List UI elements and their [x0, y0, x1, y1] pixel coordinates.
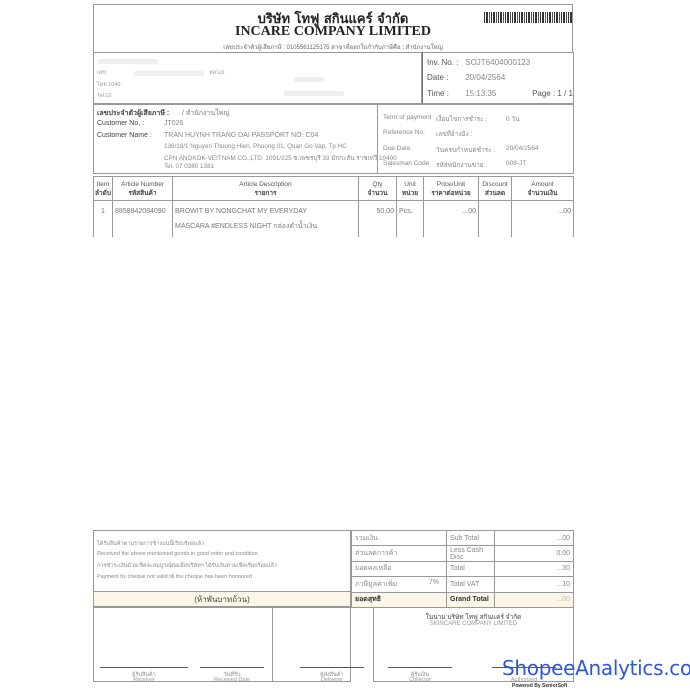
invoice-time-row: Time : 15:13:35 Page : 1 / 1	[427, 89, 573, 98]
note-cheque-thai: การชำระเงินด้วยเช็คจะสมบูรณ์ต่อเมื่อบริษ…	[97, 562, 277, 570]
company-tax-line: เลขประจำตัวผู้เสียภาษี : 0105561125175 ส…	[94, 42, 572, 52]
received-date-label: Received Date	[200, 677, 264, 683]
subtotal-label: Sub Total	[447, 531, 495, 546]
col-article-description: Article Descriptionรายการ	[172, 177, 358, 201]
note-received-english: Received the above mentioned goods in go…	[97, 551, 259, 557]
article-description: BROWIT BY NONGCHAT MY EVERYDAYMASCARA #E…	[172, 201, 358, 238]
notes-section: ได้รับสินค้าตามรายการข้างบนนี้เรียบร้อยแ…	[93, 530, 351, 592]
customer-number-label: Customer No. :	[97, 120, 144, 127]
subtotal-label-thai: รวมเงิน	[352, 531, 447, 546]
customer-name-label: Customer Name :	[97, 132, 152, 139]
customer-address-block: เลข หลวง1 ไทย 1040 Tel.02	[93, 52, 422, 104]
received-date-line	[200, 667, 264, 668]
deliverer-label: Deliverer	[300, 677, 364, 683]
subtotal-row: รวมเงิน Sub Total ...00	[352, 531, 574, 546]
totals-table: รวมเงิน Sub Total ...00 ส่วนลดการค้า Les…	[351, 530, 574, 607]
grand-total-label: Grand Total	[447, 592, 495, 607]
total-row: ยอดคงเหลือ Total ...30	[352, 561, 574, 576]
collector-label: Collector	[388, 677, 452, 683]
vat-amount: ...10	[495, 577, 574, 592]
redacted-line	[284, 91, 344, 96]
address-line-4: Tel.02	[97, 93, 112, 99]
cash-discount-label-thai: ส่วนลดการค้า	[352, 546, 447, 561]
cash-discount-label: Less Cash Disc	[447, 546, 495, 561]
invoice-header: บริษัท โทฟู สกินแคร์ จำกัด INCARE COMPAN…	[93, 4, 573, 52]
customer-address-1: 136/18/1 Nguyen Thuong Hien, Phuong 01, …	[164, 143, 347, 150]
customer-number: JT026	[164, 120, 183, 127]
note-received-thai: ได้รับสินค้าตามรายการข้างบนนี้เรียบร้อยแ…	[97, 540, 204, 548]
on-behalf-english: SKINCARE COMPANY LIMITED	[374, 621, 573, 627]
divider	[272, 608, 273, 681]
receiver-signature-line	[100, 667, 188, 668]
unit: Pcs.	[396, 201, 423, 238]
table-row: 1 8858842084090 BROWIT BY NONGCHAT MY EV…	[94, 201, 574, 238]
tax-id-label: เลขประจำตัวผู้เสียภาษี :	[97, 108, 169, 119]
customer-tel: Tel. 07 0380 1381	[164, 163, 214, 170]
term-label-thai: เงื่อนไขการชำระ :	[436, 114, 487, 124]
receiver-label: Receiver	[100, 677, 188, 683]
amount-in-words: (ห้าพันบาทถ้วน)	[93, 591, 351, 607]
barcode-icon	[484, 12, 572, 23]
redacted-line	[98, 59, 158, 64]
salesman-code-value: 008-JT	[506, 160, 526, 167]
powered-by: Powered By SeniorSoft	[512, 683, 567, 689]
invoice-date-label: Date :	[427, 73, 463, 82]
quantity: 50.00	[358, 201, 396, 238]
total-label-thai: ยอดคงเหลือ	[352, 561, 447, 576]
subtotal-amount: ...00	[495, 531, 574, 546]
term-value: 0 วัน	[506, 114, 520, 124]
col-price-unit: Price/Unitราคาต่อหน่วย	[423, 177, 478, 201]
vat-rate: 7%	[429, 579, 439, 586]
invoice-number: SOJT6404000123	[465, 58, 530, 67]
vat-row: ภาษีมูลค่าเพิ่ม7% Total VAT ...10	[352, 577, 574, 592]
col-discount: Discountส่วนลด	[478, 177, 511, 201]
invoice-date-row: Date : 20/04/2564	[427, 73, 505, 82]
invoice-time-label: Time :	[427, 89, 463, 98]
customer-name: TRAN HUYNH TRANG DAI PASSPORT NO: C04	[164, 132, 318, 139]
vat-label-thai: ภาษีมูลค่าเพิ่ม7%	[352, 577, 447, 592]
address-line-2-prefix: เลข	[97, 69, 106, 77]
signature-section-left: ผู้รับสินค้า Receiver วันที่รับ Received…	[93, 607, 351, 682]
redacted-line	[294, 77, 324, 82]
items-table: Itemลำดับ Article Numberรหัสสินค้า Artic…	[93, 176, 574, 236]
vat-label: Total VAT	[447, 577, 495, 592]
reference-label: Reference No.	[383, 129, 425, 136]
cash-discount-amount: 0.00	[495, 546, 574, 561]
reference-label-thai: เลขที่อ้างอิง :	[436, 129, 472, 139]
item-number: 1	[94, 201, 113, 238]
invoice-number-label: Inv. No. :	[427, 58, 463, 67]
col-article-number: Article Numberรหัสสินค้า	[112, 177, 172, 201]
invoice-date: 20/04/2564	[465, 73, 505, 82]
col-qty: Qtyจำนวน	[358, 177, 396, 201]
col-amount: Amountจำนวนเงิน	[511, 177, 573, 201]
discount	[478, 201, 511, 238]
grand-total-amount: ...00	[495, 592, 574, 607]
customer-section: เลขประจำตัวผู้เสียภาษี : / สำนักงานใหญ่ …	[93, 104, 574, 174]
grand-total-label-thai: ยอดสุทธิ	[352, 592, 447, 607]
cash-discount-row: ส่วนลดการค้า Less Cash Disc 0.00	[352, 546, 574, 561]
watermark: ShopeeAnalytics.com	[502, 656, 690, 680]
tax-id-value: / สำนักงานใหญ่	[182, 108, 229, 119]
deliverer-signature-line	[300, 667, 364, 668]
col-unit: Unitหน่วย	[396, 177, 423, 201]
due-date-label: Due Date	[383, 145, 410, 152]
salesman-code-label-thai: รหัสพนักงานขาย :	[436, 160, 487, 170]
invoice-number-row: Inv. No. : SOJT6404000123	[427, 58, 530, 67]
company-name-english: INCARE COMPANY LIMITED	[94, 24, 572, 40]
total-amount: ...30	[495, 561, 574, 576]
note-cheque-english: Payment by cheque not valid till the che…	[97, 574, 252, 580]
price-unit: ...00	[423, 201, 478, 238]
items-table-header: Itemลำดับ Article Numberรหัสสินค้า Artic…	[94, 177, 574, 201]
amount: ...00	[511, 201, 573, 238]
article-number: 8858842084090	[112, 201, 172, 238]
col-item: Itemลำดับ	[94, 177, 113, 201]
redacted-line	[134, 71, 204, 76]
invoice-time: 15:13:35	[465, 89, 496, 98]
invoice-info-box: Inv. No. : SOJT6404000123 Date : 20/04/2…	[422, 52, 574, 104]
address-line-2-suffix: หลวง1	[209, 69, 225, 77]
page-indicator: Page : 1 / 1	[532, 89, 573, 98]
due-date-label-thai: วันครบกำหนดชำระ :	[436, 145, 495, 155]
address-line-3: ไทย 1040	[97, 81, 120, 89]
collector-signature-line	[388, 667, 452, 668]
term-label: Term of payment	[383, 114, 431, 121]
customer-address-2: CPN ANGKOK-VEITNAM CO.,LTD. 1091/225 ซ.เ…	[164, 153, 397, 163]
due-date-value: 20/04/2564	[506, 145, 539, 152]
grand-total-row: ยอดสุทธิ Grand Total ...00	[352, 592, 574, 607]
total-label: Total	[447, 561, 495, 576]
salesman-code-label: Salesman Code	[383, 160, 429, 167]
